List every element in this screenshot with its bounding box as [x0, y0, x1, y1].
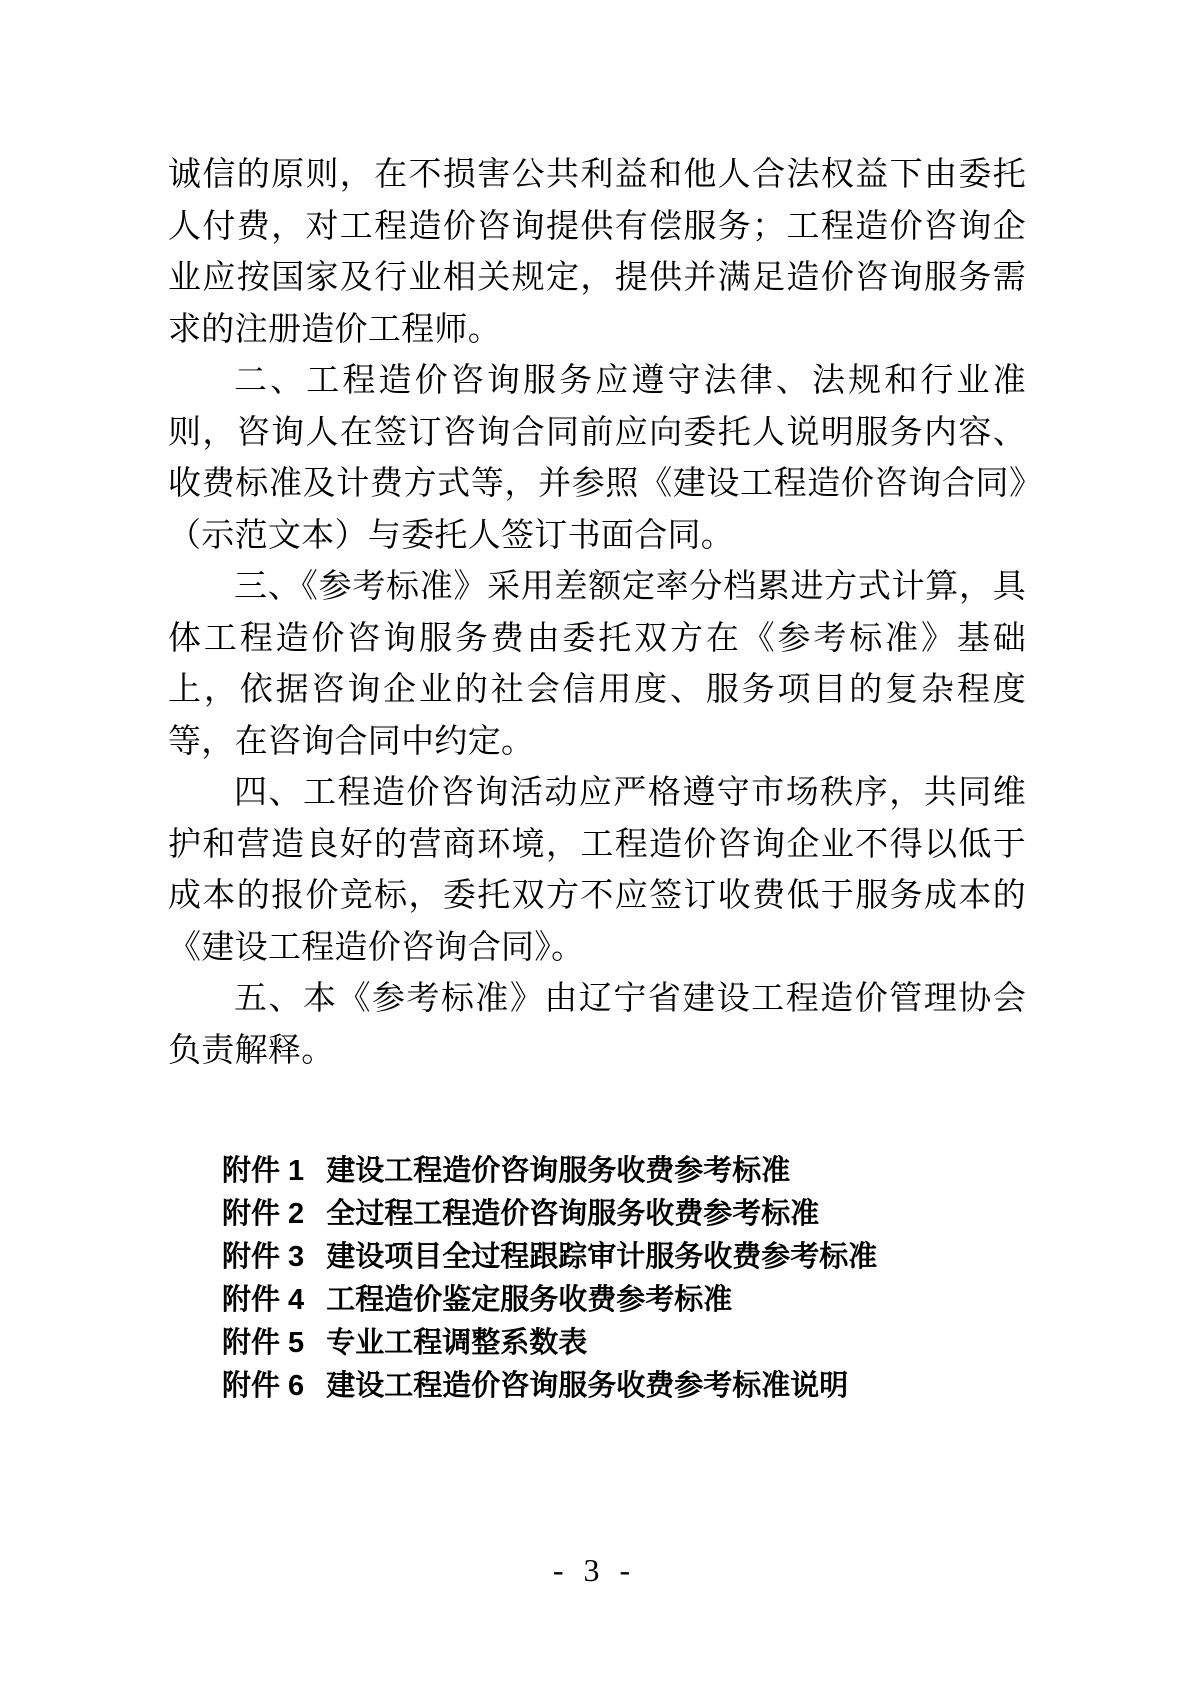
attachment-item: 附件 3 建设项目全过程跟踪审计服务收费参考标准: [222, 1236, 877, 1279]
attachment-label: 附件 1: [222, 1150, 304, 1193]
attachment-item: 附件 1 建设工程造价咨询服务收费参考标准: [222, 1150, 877, 1193]
paragraph: 五、本《参考标准》由辽宁省建设工程造价管理协会负责解释。: [168, 974, 1026, 1077]
attachment-label: 附件 3: [222, 1236, 304, 1279]
attachment-item: 附件 4 工程造价鉴定服务收费参考标准: [222, 1279, 877, 1322]
document-page: 诚信的原则，在不损害公共利益和他人合法权益下由委托人付费，对工程造价咨询提供有偿…: [0, 0, 1189, 1701]
attachment-item: 附件 2 全过程工程造价咨询服务收费参考标准: [222, 1193, 877, 1236]
paragraph: 二、工程造价咨询服务应遵守法律、法规和行业准则，咨询人在签订咨询合同前应向委托人…: [168, 356, 1026, 562]
attachment-label: 附件 6: [222, 1365, 304, 1408]
attachment-title: 工程造价鉴定服务收费参考标准: [326, 1279, 732, 1322]
attachment-label: 附件 2: [222, 1193, 304, 1236]
attachment-title: 专业工程调整系数表: [326, 1322, 587, 1365]
paragraph: 诚信的原则，在不损害公共利益和他人合法权益下由委托人付费，对工程造价咨询提供有偿…: [168, 150, 1026, 356]
attachment-label: 附件 4: [222, 1279, 304, 1322]
attachment-title: 建设工程造价咨询服务收费参考标准说明: [326, 1365, 848, 1408]
attachment-title: 建设项目全过程跟踪审计服务收费参考标准: [326, 1236, 877, 1279]
attachment-title: 建设工程造价咨询服务收费参考标准: [326, 1150, 790, 1193]
paragraph: 三、《参考标准》采用差额定率分档累进方式计算，具体工程造价咨询服务费由委托双方在…: [168, 562, 1026, 768]
attachment-label: 附件 5: [222, 1322, 304, 1365]
attachment-title: 全过程工程造价咨询服务收费参考标准: [326, 1193, 819, 1236]
page-number: - 3 -: [0, 1552, 1189, 1589]
attachment-item: 附件 6 建设工程造价咨询服务收费参考标准说明: [222, 1365, 877, 1408]
body-text: 诚信的原则，在不损害公共利益和他人合法权益下由委托人付费，对工程造价咨询提供有偿…: [168, 150, 1026, 1077]
attachment-list: 附件 1 建设工程造价咨询服务收费参考标准 附件 2 全过程工程造价咨询服务收费…: [222, 1150, 877, 1408]
paragraph: 四、工程造价咨询活动应严格遵守市场秩序，共同维护和营造良好的营商环境，工程造价咨…: [168, 768, 1026, 974]
attachment-item: 附件 5 专业工程调整系数表: [222, 1322, 877, 1365]
